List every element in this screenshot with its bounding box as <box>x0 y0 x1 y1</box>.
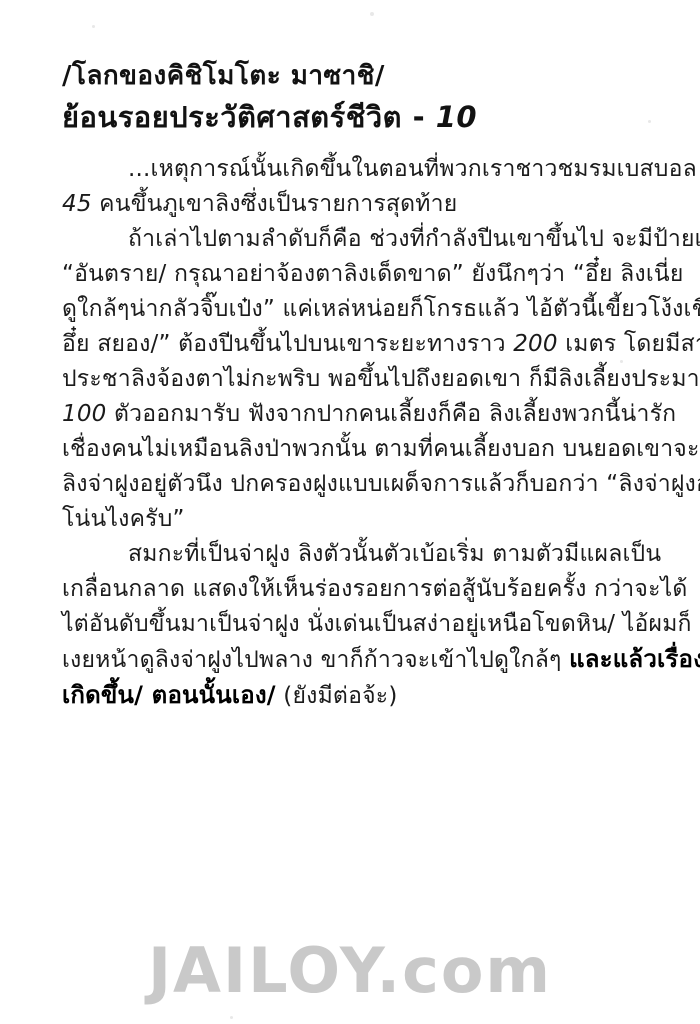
text-segment: (ยังมีต่อจ้ะ) <box>276 683 398 709</box>
text-segment: 45 <box>62 191 92 217</box>
text-line: เกลื่อนกลาด แสดงให้เห็นร่องรอยการต่อสู้น… <box>62 572 662 607</box>
text-segment: ประชาลิงจ้องตาไม่กะพริบ พอขึ้นไปถึงยอดเข… <box>62 366 700 392</box>
text-segment: เงยหน้าดูลิงจ่าฝูงไปพลาง ขาก็ก้าวจะเข้าไ… <box>62 647 569 673</box>
text-line: ลิงจ่าฝูงอยู่ตัวนึง ปกครองฝูงแบบเผด็จการ… <box>62 467 662 502</box>
text-segment: โน่นไงครับ” <box>62 506 185 532</box>
text-segment: ถ้าเล่าไปตามลำดับก็คือ ช่วงที่กำลังปีนเข… <box>128 226 700 252</box>
text-line: เงยหน้าดูลิงจ่าฝูงไปพลาง ขาก็ก้าวจะเข้าไ… <box>62 642 662 678</box>
text-segment: อึ๋ย สยอง/” ต้องปีนขึ้นไปบนเขาระยะทางราว <box>62 331 513 357</box>
episode-number: 10 <box>436 100 477 134</box>
text-segment: ดูใกล้ๆน่ากลัวจิ๊บเป๋ง” แค่เหล่หน่อยก็โก… <box>62 296 700 322</box>
text-line: “อันตราย/ กรุณาอย่าจ้องตาลิงเด็ดขาด” ยัง… <box>62 257 662 292</box>
text-segment: ลิงจ่าฝูงอยู่ตัวนึง ปกครองฝูงแบบเผด็จการ… <box>62 471 700 497</box>
text-line: 45 คนขึ้นภูเขาลิงซึ่งเป็นรายการสุดท้าย <box>62 187 662 222</box>
text-line: 100 ตัวออกมารับ ฟังจากปากคนเลี้ยงก็คือ ล… <box>62 397 662 432</box>
episode-title-line: ย้อนรอยประวัติศาสตร์ชีวิต - 10 <box>62 96 700 138</box>
text-segment: ตัวออกมารับ ฟังจากปากคนเลี้ยงก็คือ ลิงเล… <box>107 401 677 427</box>
text-segment: เชื่องคนไม่เหมือนลิงป่าพวกนั้น ตามที่คนเ… <box>62 436 700 462</box>
body-text: ...เหตุการณ์นั้นเกิดขึ้นในตอนที่พวกเราชา… <box>0 152 662 714</box>
text-segment: 200 <box>513 331 558 357</box>
text-line: ไต่อันดับขึ้นมาเป็นจ่าฝูง นั่งเด่นเป็นสง… <box>62 607 662 642</box>
text-segment: 100 <box>62 401 107 427</box>
text-line: อึ๋ย สยอง/” ต้องปีนขึ้นไปบนเขาระยะทางราว… <box>62 327 662 362</box>
text-segment: และแล้วเรื่องก็ <box>569 645 700 673</box>
scan-speck <box>230 1016 233 1019</box>
series-title: /โลกของคิชิโมโตะ มาซาชิ/ <box>62 56 700 96</box>
text-line: ประชาลิงจ้องตาไม่กะพริบ พอขึ้นไปถึงยอดเข… <box>62 362 662 397</box>
scan-speck <box>92 25 95 28</box>
scan-speck <box>620 360 623 363</box>
text-segment: เกิดขึ้น/ ตอนนั้นเอง/ <box>62 681 276 709</box>
text-line: สมกะที่เป็นจ่าฝูง ลิงตัวนั้นตัวเบ้อเริ่ม… <box>62 537 662 572</box>
text-line: ...เหตุการณ์นั้นเกิดขึ้นในตอนที่พวกเราชา… <box>62 152 662 187</box>
text-segment: เมตร โดยมีสายตา <box>558 331 700 357</box>
watermark: JAILOY.com <box>0 940 700 1002</box>
text-segment: เกลื่อนกลาด แสดงให้เห็นร่องรอยการต่อสู้น… <box>62 576 688 602</box>
text-segment: สมกะที่เป็นจ่าฝูง ลิงตัวนั้นตัวเบ้อเริ่ม… <box>128 541 661 567</box>
scan-speck <box>648 120 651 123</box>
text-segment: ไต่อันดับขึ้นมาเป็นจ่าฝูง นั่งเด่นเป็นสง… <box>62 611 692 637</box>
scanned-page: /โลกของคิชิโมโตะ มาซาชิ/ ย้อนรอยประวัติศ… <box>0 0 700 1024</box>
page-header: /โลกของคิชิโมโตะ มาซาชิ/ ย้อนรอยประวัติศ… <box>0 0 700 138</box>
text-line: ดูใกล้ๆน่ากลัวจิ๊บเป๋ง” แค่เหล่หน่อยก็โก… <box>62 292 662 327</box>
text-line: เกิดขึ้น/ ตอนนั้นเอง/ (ยังมีต่อจ้ะ) <box>62 678 662 714</box>
text-segment: คนขึ้นภูเขาลิงซึ่งเป็นรายการสุดท้าย <box>92 191 458 217</box>
text-line: เชื่องคนไม่เหมือนลิงป่าพวกนั้น ตามที่คนเ… <box>62 432 662 467</box>
text-segment: ...เหตุการณ์นั้นเกิดขึ้นในตอนที่พวกเราชา… <box>128 156 697 182</box>
text-line: ถ้าเล่าไปตามลำดับก็คือ ช่วงที่กำลังปีนเข… <box>62 222 662 257</box>
scan-speck <box>370 12 374 16</box>
episode-title: ย้อนรอยประวัติศาสตร์ชีวิต - <box>62 100 436 134</box>
text-line: โน่นไงครับ” <box>62 502 662 537</box>
text-segment: “อันตราย/ กรุณาอย่าจ้องตาลิงเด็ดขาด” ยัง… <box>62 261 684 287</box>
